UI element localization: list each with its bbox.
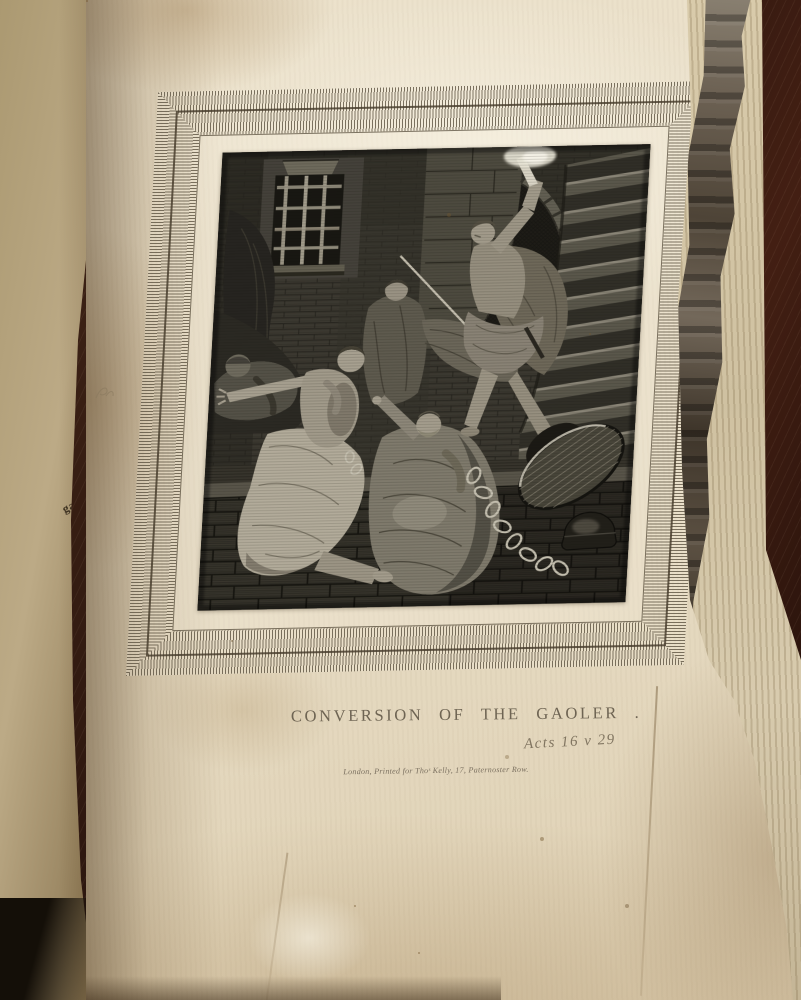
pencil-mark: [92, 380, 118, 406]
foxing-specks: [86, 0, 88, 2]
engraving-scene: [197, 144, 650, 611]
crease-line-right: [640, 686, 658, 996]
plate-title: CONVERSION OF THE GAOLER .: [291, 703, 581, 726]
publisher-imprint: London, Printed for Thoˢ Kelly, 17, Pate…: [286, 764, 586, 777]
engraved-plate: [126, 81, 716, 676]
page-bottom-shadow: [86, 976, 501, 1000]
scripture-reference: Acts 16 v 29: [524, 732, 616, 754]
photo-of-open-book: { "plate": { "title": "CONVERSION OF THE…: [0, 0, 801, 1000]
engraving-image: [197, 144, 650, 611]
